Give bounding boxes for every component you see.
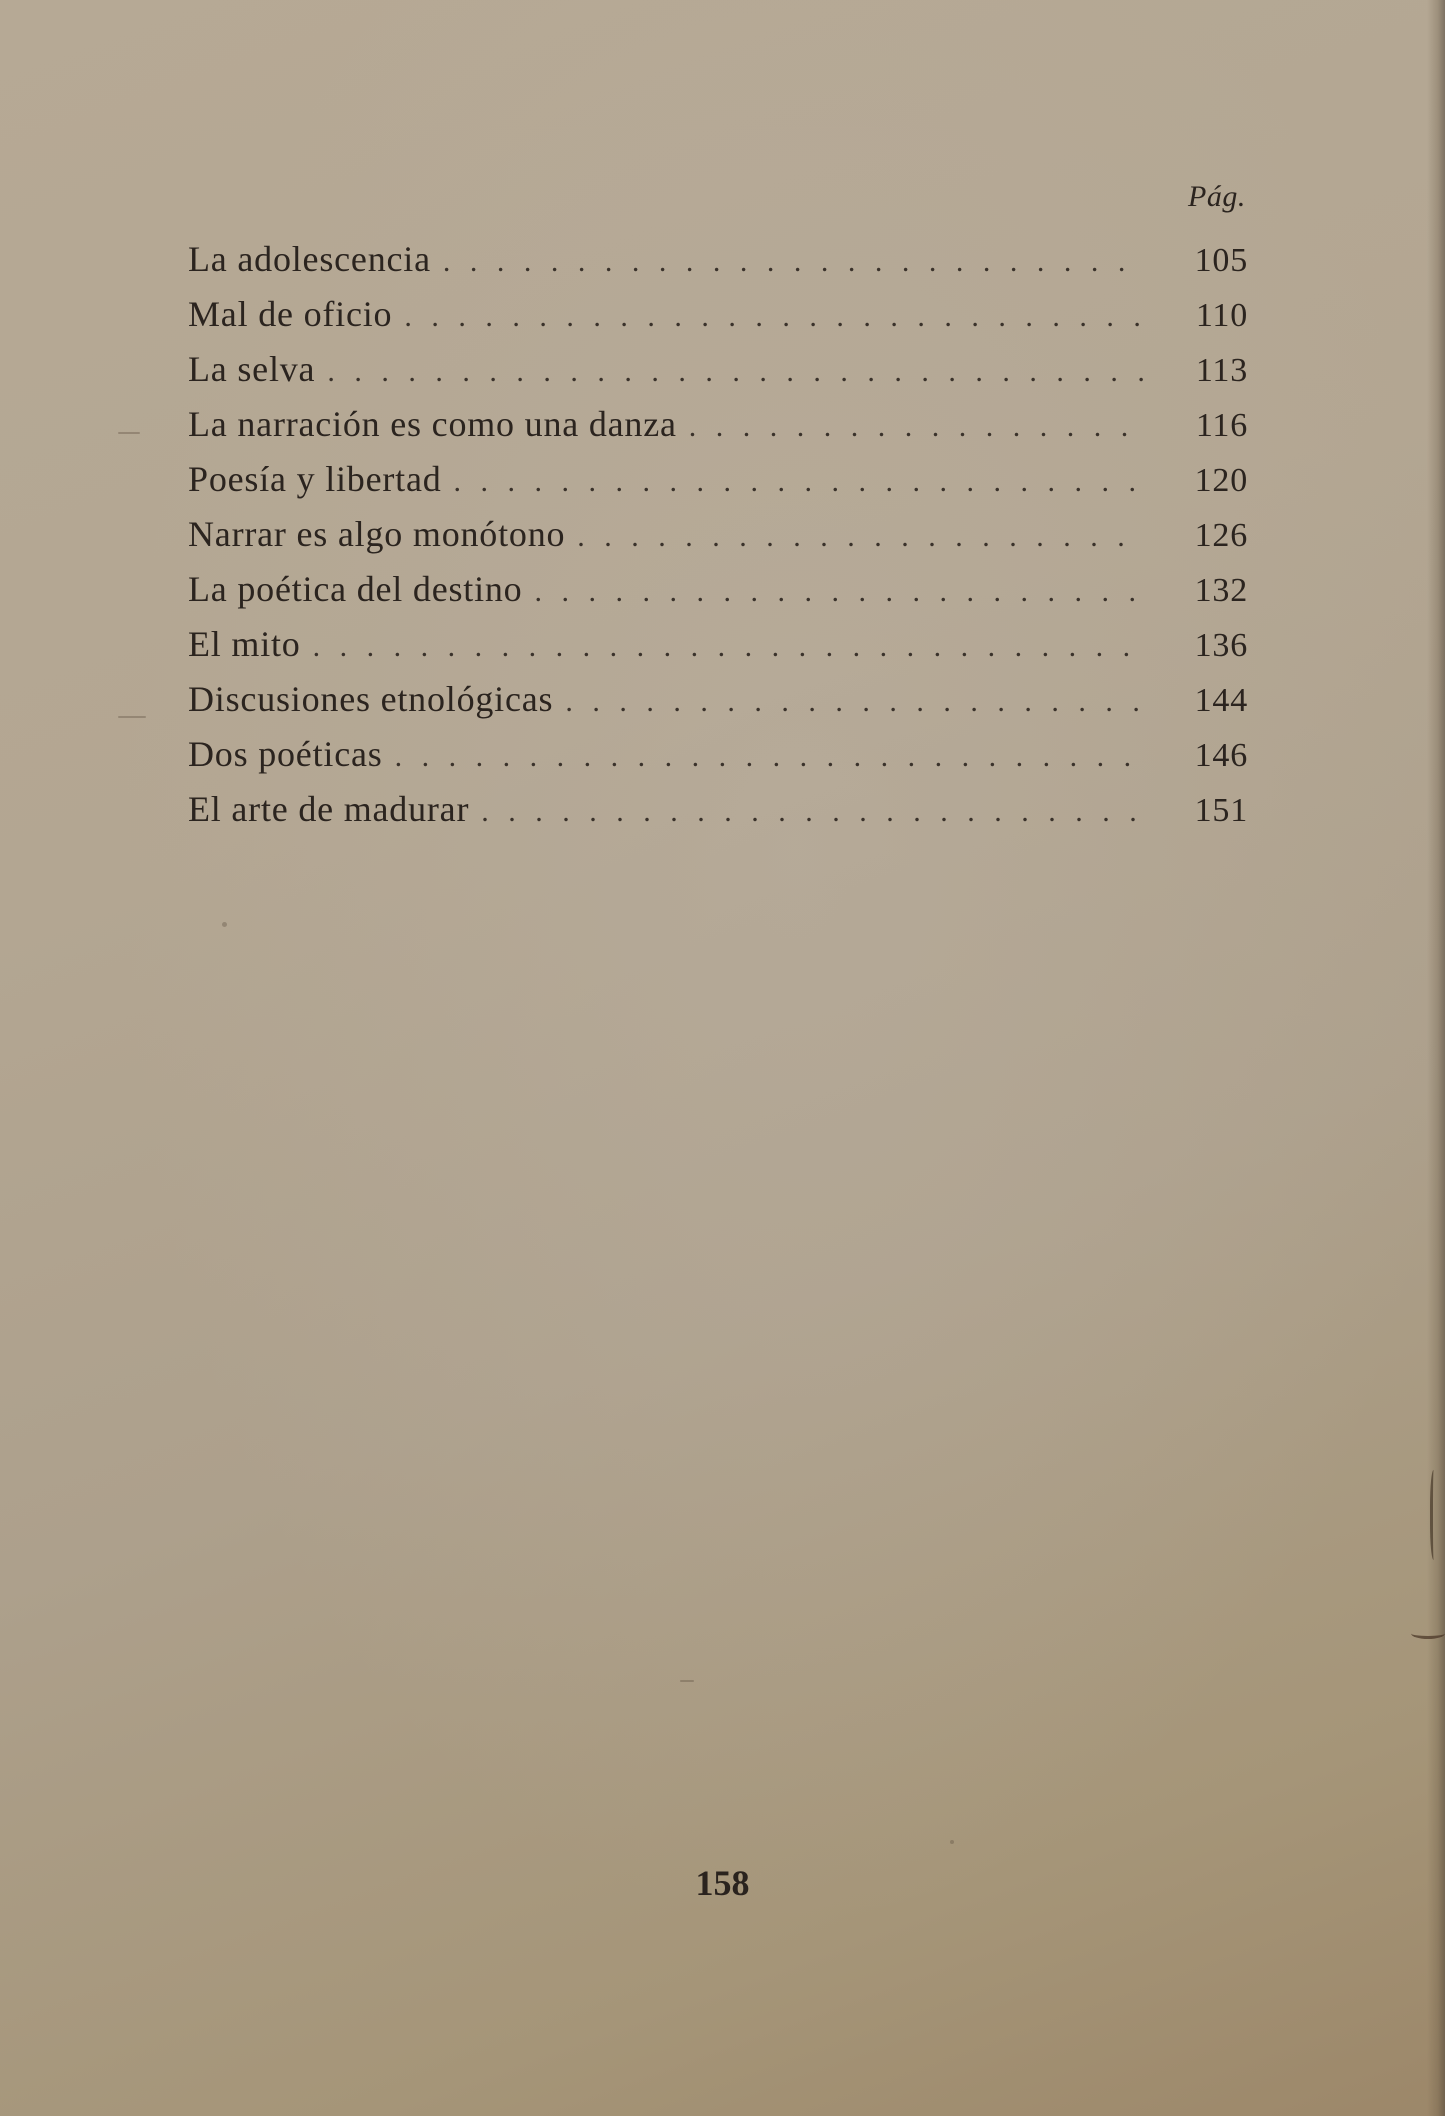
toc-entry-page: 151 <box>1146 792 1248 830</box>
page-column-label: Pág. <box>1188 180 1246 214</box>
toc-entry: Dos poéticas 146 <box>188 733 1248 788</box>
toc-entry-title: El mito <box>188 623 313 665</box>
dot-leader <box>689 410 1146 444</box>
dot-leader <box>454 465 1146 499</box>
toc-entry-page: 116 <box>1146 407 1248 445</box>
paper-speck <box>950 1840 954 1844</box>
toc-entry-title: La poética del destino <box>188 568 534 610</box>
toc-entry-title: El arte de madurar <box>188 788 481 830</box>
toc-entry: La adolescencia 105 <box>188 238 1248 293</box>
toc-entry: La poética del destino 132 <box>188 568 1248 623</box>
toc-entry-title: La selva <box>188 348 327 390</box>
toc-entry: El mito 136 <box>188 623 1248 678</box>
toc-entry: Discusiones etnológicas 144 <box>188 678 1248 733</box>
dot-leader <box>395 740 1146 774</box>
page-edge-shadow <box>1427 0 1445 2116</box>
paper-mark <box>118 432 140 434</box>
toc-entry-title: Discusiones etnológicas <box>188 678 565 720</box>
dot-leader <box>565 685 1146 719</box>
toc-entry-page: 136 <box>1146 627 1248 665</box>
dot-leader <box>327 355 1146 389</box>
dot-leader <box>481 795 1146 829</box>
paper-mark <box>118 716 146 718</box>
toc-entry: Mal de oficio 110 <box>188 293 1248 348</box>
page-number: 158 <box>0 1862 1445 1904</box>
toc-entry: La selva 113 <box>188 348 1248 403</box>
toc-entry: Poesía y libertad 120 <box>188 458 1248 513</box>
toc-entry-title: Mal de oficio <box>188 293 404 335</box>
toc-entry-page: 144 <box>1146 682 1248 720</box>
toc-entry-page: 146 <box>1146 737 1248 775</box>
page-edge-tear <box>1430 1470 1439 1560</box>
toc-entry: El arte de madurar 151 <box>188 788 1248 843</box>
dot-leader <box>443 245 1146 279</box>
toc-entry-title: La narración es como una danza <box>188 403 689 445</box>
toc-entry-page: 110 <box>1146 297 1248 335</box>
toc-entry-page: 113 <box>1146 352 1248 390</box>
toc-entry-title: Narrar es algo monótono <box>188 513 577 555</box>
paper-mark <box>680 1680 694 1682</box>
dot-leader <box>404 300 1146 334</box>
toc-entry-title: Dos poéticas <box>188 733 395 775</box>
table-of-contents: La adolescencia 105 Mal de oficio 110 La… <box>188 238 1248 843</box>
toc-entry-page: 120 <box>1146 462 1248 500</box>
paper-speck <box>222 922 227 927</box>
toc-entry-page: 105 <box>1146 242 1248 280</box>
toc-entry: La narración es como una danza 116 <box>188 403 1248 458</box>
page-edge-tear-mark <box>1411 1628 1445 1639</box>
toc-entry: Narrar es algo monótono 126 <box>188 513 1248 568</box>
dot-leader <box>534 575 1146 609</box>
dot-leader <box>313 630 1146 664</box>
toc-entry-title: Poesía y libertad <box>188 458 454 500</box>
toc-entry-page: 126 <box>1146 517 1248 555</box>
toc-entry-page: 132 <box>1146 572 1248 610</box>
toc-entry-title: La adolescencia <box>188 238 443 280</box>
dot-leader <box>577 520 1146 554</box>
